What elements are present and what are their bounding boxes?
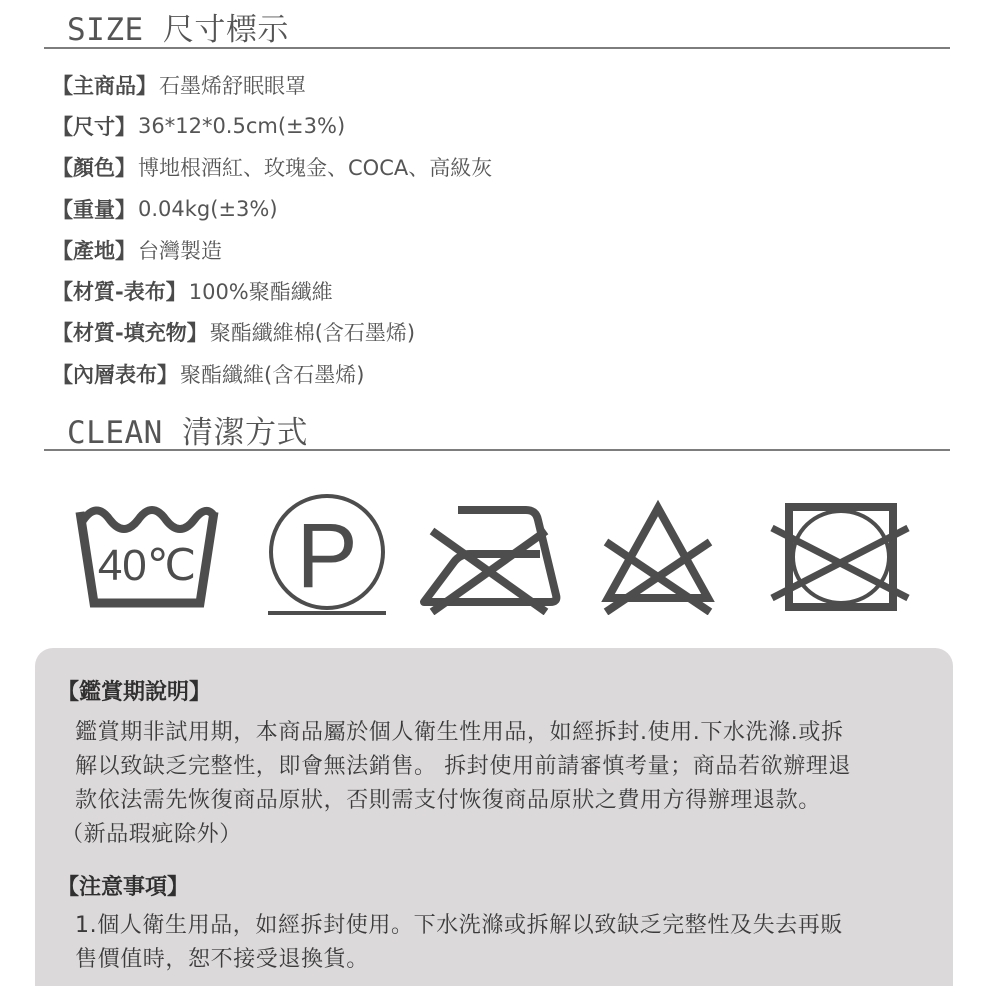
dry-clean-letter: P (296, 505, 357, 607)
clean-section-divider (44, 449, 950, 451)
spec-label: 【材質-表布】 (52, 276, 187, 306)
spec-value: 博地根酒紅、玫瑰金、COCA、高級灰 (138, 152, 492, 182)
do-not-iron-icon (418, 490, 568, 615)
size-section-heading: SIZE 尺寸標示 (67, 4, 289, 49)
spec-label: 【顏色】 (52, 152, 136, 182)
care-icons-row: 40℃ P (0, 490, 1000, 620)
clean-section-heading: CLEAN 清潔方式 (67, 407, 308, 452)
spec-value: 100%聚酯纖維 (189, 276, 333, 306)
spec-label: 【重量】 (52, 194, 136, 224)
dry-clean-p-icon: P (262, 490, 392, 620)
spec-row-material-filling: 【材質-填充物】 聚酯纖維棉(含石墨烯) (52, 312, 492, 353)
caution-line: 1.個人衛生用品，如經拆封使用。下水洗滌或拆解以致缺乏完整性及失去再販 (75, 909, 945, 943)
spec-row-weight: 【重量】 0.04kg(±3%) (52, 188, 492, 229)
wash-40c-icon: 40℃ (72, 490, 222, 615)
appreciation-period-text: 鑑賞期非試用期，本商品屬於個人衛生性用品，如經拆封.使用.下水洗滌.或拆 解以致… (75, 716, 945, 852)
appreciation-line: 解以致缺乏完整性，即會無法銷售。 拆封使用前請審慎考量；商品若欲辦理退 (75, 750, 945, 784)
spec-row-size: 【尺寸】 36*12*0.5cm(±3%) (52, 105, 492, 146)
spec-value: 聚酯纖維(含石墨烯) (180, 359, 364, 389)
caution-line: 售價值時，恕不接受退換貨。 (75, 943, 945, 977)
spec-label: 【尺寸】 (52, 111, 136, 141)
appreciation-line: 鑑賞期非試用期，本商品屬於個人衛生性用品，如經拆封.使用.下水洗滌.或拆 (75, 716, 945, 750)
appreciation-line: （新品瑕疵除外） (61, 818, 945, 852)
cautions-title: 【注意事項】 (57, 870, 189, 901)
spec-row-inner-lining: 【內層表布】 聚酯纖維(含石墨烯) (52, 353, 492, 394)
spec-value: 聚酯纖維棉(含石墨烯) (210, 317, 415, 347)
do-not-bleach-icon (598, 490, 718, 615)
spec-label: 【主商品】 (52, 70, 157, 100)
spec-row-material-outer: 【材質-表布】 100%聚酯纖維 (52, 270, 492, 311)
spec-row-main-product: 【主商品】 石墨烯舒眠眼罩 (52, 64, 492, 105)
spec-label: 【產地】 (52, 235, 136, 265)
do-not-tumble-dry-icon (768, 490, 913, 615)
spec-row-color: 【顏色】 博地根酒紅、玫瑰金、COCA、高級灰 (52, 147, 492, 188)
spec-label: 【材質-填充物】 (52, 317, 208, 347)
spec-value: 石墨烯舒眠眼罩 (159, 70, 306, 100)
wash-temperature-label: 40℃ (98, 541, 196, 590)
spec-list: 【主商品】 石墨烯舒眠眼罩 【尺寸】 36*12*0.5cm(±3%) 【顏色】… (52, 64, 492, 394)
notice-panel: 【鑑賞期說明】 鑑賞期非試用期，本商品屬於個人衛生性用品，如經拆封.使用.下水洗… (35, 648, 953, 986)
spec-label: 【內層表布】 (52, 359, 178, 389)
spec-row-origin: 【產地】 台灣製造 (52, 229, 492, 270)
appreciation-line: 款依法需先恢復商品原狀，否則需支付恢復商品原狀之費用方得辦理退款。 (75, 784, 945, 818)
spec-value: 0.04kg(±3%) (138, 197, 278, 221)
spec-value: 36*12*0.5cm(±3%) (138, 114, 345, 138)
size-section-divider (44, 47, 950, 49)
cautions-text: 1.個人衛生用品，如經拆封使用。下水洗滌或拆解以致缺乏完整性及失去再販 售價值時… (75, 909, 945, 977)
appreciation-period-title: 【鑑賞期說明】 (57, 675, 211, 706)
spec-value: 台灣製造 (138, 235, 222, 265)
